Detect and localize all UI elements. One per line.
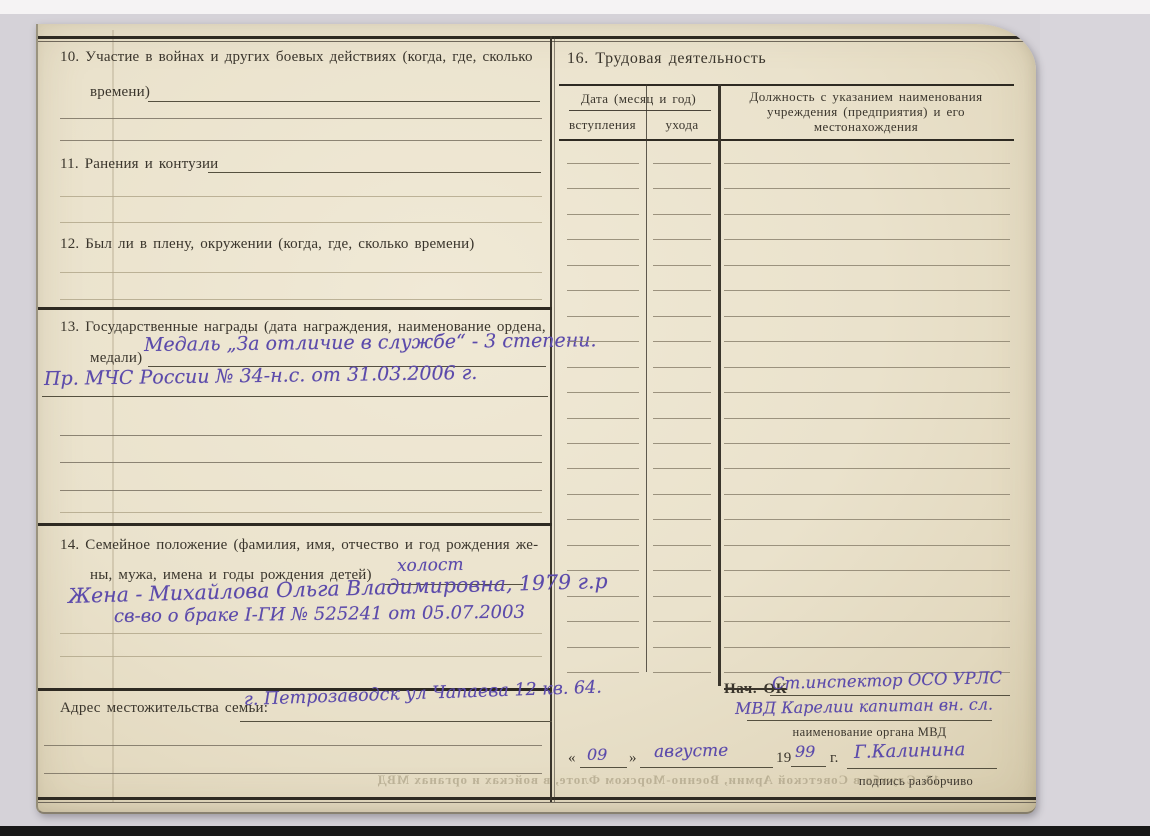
item10-label-line2: времени) — [90, 84, 150, 101]
table-row-rule — [724, 519, 1010, 520]
table-row-rule — [724, 596, 1010, 597]
item10-label-line1: 10. Участие в войнах и других боевых дей… — [60, 49, 533, 66]
table-row-rule — [724, 316, 1010, 317]
item16-title: 16. Трудовая деятельность — [567, 50, 766, 68]
date-group-underline — [569, 110, 711, 111]
table-row-rule — [567, 672, 639, 673]
blank-line — [60, 222, 542, 223]
table-header-post-line2: учреждения (предприятия) и его — [718, 104, 1014, 119]
address-blank-line — [240, 721, 552, 722]
table-row-rule — [653, 290, 711, 291]
table-row-rule — [567, 188, 639, 189]
blank-line — [60, 490, 542, 491]
table-row-rule — [653, 239, 711, 240]
table-row-rule — [567, 316, 639, 317]
signature-rule — [847, 768, 997, 769]
blank-line — [60, 272, 542, 273]
table-row-rule — [724, 367, 1010, 368]
table-row-rule — [653, 468, 711, 469]
year-suffix: г. — [830, 750, 839, 767]
bottom-border — [38, 797, 1036, 800]
table-row-rule — [653, 188, 711, 189]
table-row-rule — [567, 214, 639, 215]
address-handwriting: г. Петрозаводск ул Чапаева 12 кв. 64. — [244, 678, 602, 710]
table-row-rule — [653, 596, 711, 597]
table-row-rule — [653, 341, 711, 342]
blank-line — [60, 118, 542, 119]
table-row-rule — [567, 570, 639, 571]
day-rule — [580, 767, 627, 768]
year-rule — [791, 766, 826, 767]
blank-line — [44, 745, 542, 746]
table-row-rule — [653, 519, 711, 520]
table-row-rule — [567, 392, 639, 393]
table-row-rule — [724, 341, 1010, 342]
table-row-rule — [724, 290, 1010, 291]
table-row-rule — [653, 392, 711, 393]
table-row-rule — [653, 418, 711, 419]
table-header-bottom-border — [559, 139, 1014, 141]
item13-blank-line2 — [42, 396, 548, 397]
quote-open: « — [568, 750, 576, 767]
table-row-rule — [724, 239, 1010, 240]
table-row-rule — [567, 596, 639, 597]
month-rule — [640, 767, 773, 768]
page-content: 10. Участие в войнах и других боевых дей… — [36, 24, 1036, 814]
item14-label-line1: 14. Семейное положение (фамилия, имя, от… — [60, 537, 538, 554]
scanned-page-scene: 10. Участие в войнах и других боевых дей… — [0, 0, 1150, 836]
item13-label-line2: медали) — [90, 350, 142, 367]
item11-label: 11. Ранения и контузии — [60, 156, 218, 173]
table-row-rule — [724, 621, 1010, 622]
blank-line — [60, 435, 542, 436]
blank-line — [60, 512, 542, 513]
table-row-rule — [724, 163, 1010, 164]
table-row-rule — [653, 570, 711, 571]
blank-line — [60, 656, 542, 657]
table-header-leave: ухода — [646, 117, 718, 132]
table-row-rule — [724, 214, 1010, 215]
awards-handwriting-line2: Пр. МЧС России № 34-н.с. от 31.03.2006 г… — [44, 362, 478, 390]
scan-top-margin — [0, 0, 1150, 14]
year-handwriting: 99 — [795, 742, 815, 761]
org-rule — [747, 720, 992, 721]
day-handwriting: 09 — [587, 745, 607, 764]
table-header-post-line1: Должность с указанием наименования — [718, 89, 1014, 104]
bottom-border-thin — [38, 802, 1036, 803]
year-prefix: 19 — [776, 750, 791, 767]
address-label: Адрес местожительства семьи: — [60, 700, 268, 717]
table-divider-thin — [646, 84, 647, 672]
family-handwriting-line2: св-во о браке I-ГИ № 525241 от 05.07.200… — [114, 602, 525, 627]
record-book-page: 10. Участие в войнах и других боевых дей… — [36, 24, 1036, 814]
table-row-rule — [724, 418, 1010, 419]
scanner-background — [1040, 0, 1150, 836]
table-header-enter: вступления — [559, 117, 646, 132]
table-row-rule — [653, 672, 711, 673]
quote-close: » — [629, 750, 637, 767]
blank-line — [60, 299, 542, 300]
item11-blank-line — [208, 172, 541, 173]
section-separator — [38, 523, 552, 526]
org-caption: наименование органа МВД — [747, 725, 992, 740]
table-header-post-line3: местонахождения — [718, 119, 1014, 134]
table-row-rule — [724, 265, 1010, 266]
blank-line — [60, 140, 542, 141]
table-row-rule — [567, 519, 639, 520]
table-row-rule — [724, 494, 1010, 495]
table-row-rule — [567, 494, 639, 495]
table-row-rule — [653, 367, 711, 368]
table-row-rule — [653, 214, 711, 215]
item12-label: 12. Был ли в плену, окружении (когда, гд… — [60, 236, 475, 253]
bleed-through-ghost-text: 15. Служба в Советской Армии, Военно-Мор… — [302, 772, 1014, 788]
awards-handwriting-line1: Медаль „За отличие в службе“ - 3 степени… — [144, 329, 597, 356]
blank-line — [60, 462, 542, 463]
scan-bottom-band — [0, 826, 1150, 836]
officer-handwriting-line2: МВД Карелии капитан вн. сл. — [735, 694, 993, 718]
table-row-rule — [567, 265, 639, 266]
table-row-rule — [653, 265, 711, 266]
table-row-rule — [567, 239, 639, 240]
table-row-rule — [653, 621, 711, 622]
table-row-rule — [567, 418, 639, 419]
table-row-rule — [653, 545, 711, 546]
table-row-rule — [567, 647, 639, 648]
top-border-thin — [38, 41, 1036, 42]
table-row-rule — [724, 647, 1010, 648]
table-row-rule — [567, 545, 639, 546]
table-top-border — [559, 84, 1014, 86]
table-row-rule — [567, 367, 639, 368]
table-row-rule — [567, 443, 639, 444]
table-row-rule — [567, 163, 639, 164]
table-row-rule — [567, 341, 639, 342]
section-separator — [38, 307, 552, 310]
table-row-rule — [724, 570, 1010, 571]
table-row-rule — [653, 494, 711, 495]
paper-crease — [112, 30, 114, 802]
table-row-rule — [653, 443, 711, 444]
blank-line — [60, 633, 542, 634]
table-row-rule — [724, 468, 1010, 469]
table-row-rule — [724, 188, 1010, 189]
table-row-rule — [567, 290, 639, 291]
table-row-rule — [653, 316, 711, 317]
item10-blank-line — [148, 101, 540, 102]
table-row-rule — [567, 468, 639, 469]
table-row-rule — [653, 647, 711, 648]
signature-handwriting: Г.Калинина — [854, 739, 966, 763]
top-border — [38, 36, 1036, 39]
table-header-date-group: Дата (месяц и год) — [559, 91, 718, 106]
table-row-rule — [724, 443, 1010, 444]
table-row-rule — [724, 545, 1010, 546]
table-row-rule — [653, 163, 711, 164]
blank-line — [60, 196, 542, 197]
table-divider-thick — [718, 84, 721, 686]
table-row-rule — [724, 392, 1010, 393]
table-row-rule — [567, 621, 639, 622]
month-handwriting: августе — [654, 741, 729, 762]
